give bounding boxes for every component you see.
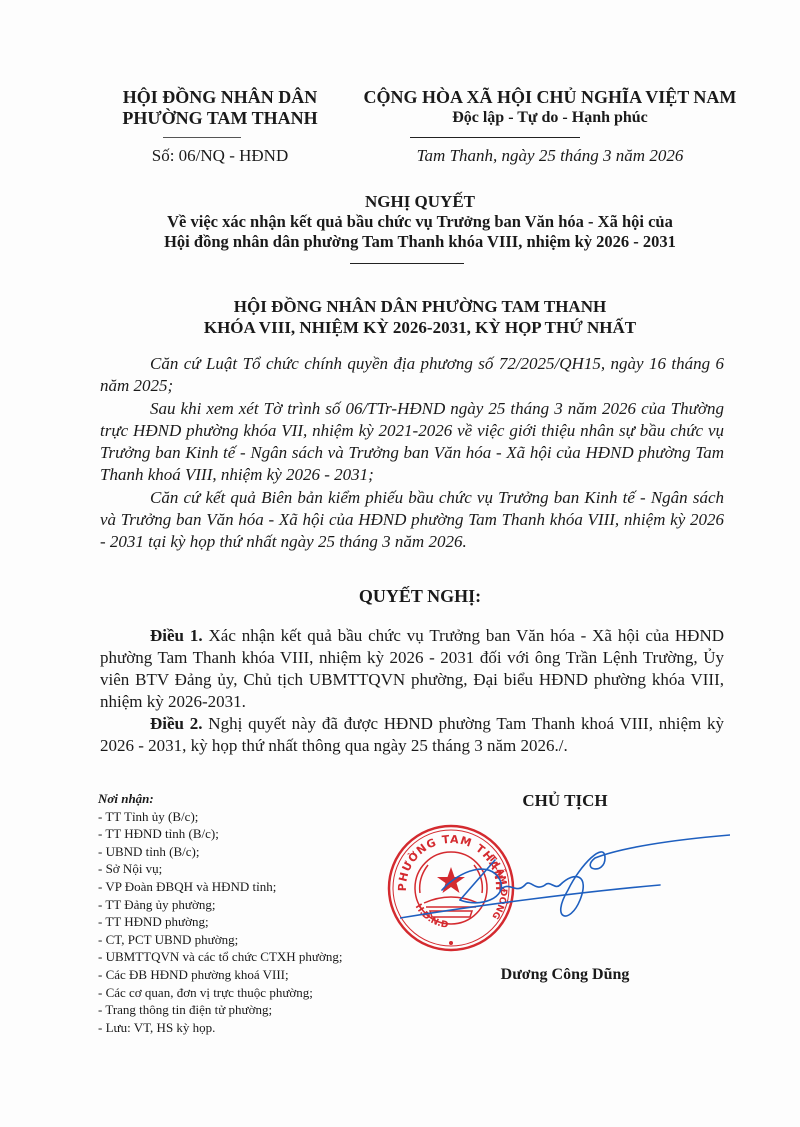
document-type: NGHỊ QUYẾT: [90, 192, 750, 212]
decision-heading: QUYẾT NGHỊ:: [90, 585, 750, 607]
article-1: Điều 1. Xác nhận kết quả bầu chức vụ Trư…: [100, 625, 724, 713]
title-underline: [350, 263, 464, 264]
recipient-item: - TT HĐND tỉnh (B/c);: [98, 825, 398, 843]
recipient-item: - UBND tỉnh (B/c);: [98, 843, 398, 861]
recipient-item: - TT Tỉnh ủy (B/c);: [98, 808, 398, 826]
recipient-item: - Sở Nội vụ;: [98, 860, 398, 878]
recipients-list: Nơi nhận: - TT Tỉnh ủy (B/c); - TT HĐND …: [98, 790, 398, 1036]
signer-name: Dương Công Dũng: [440, 965, 690, 985]
legal-basis-1: Căn cứ Luật Tổ chức chính quyền địa phươ…: [100, 353, 724, 397]
article-1-label: Điều 1.: [150, 626, 203, 645]
recipient-item: - Lưu: VT, HS kỳ họp.: [98, 1019, 398, 1037]
article-2-label: Điều 2.: [150, 714, 203, 733]
recipient-item: - Trang thông tin điện tử phường;: [98, 1001, 398, 1019]
recipient-item: - TT Đảng ủy phường;: [98, 896, 398, 914]
council-line2: KHÓA VIII, NHIỆM KỲ 2026-2031, KỲ HỌP TH…: [90, 317, 750, 338]
document-number: Số: 06/NQ - HĐND: [100, 146, 340, 166]
subject-line1: Về việc xác nhận kết quả bầu chức vụ Trư…: [90, 212, 750, 232]
council-line1: HỘI ĐỒNG NHÂN DÂN PHƯỜNG TAM THANH: [90, 296, 750, 317]
issuer-underline: [163, 137, 241, 138]
issuer-line2: PHƯỜNG TAM THANH: [100, 108, 340, 129]
signer-title: CHỦ TỊCH: [440, 790, 690, 812]
legal-basis-2: Sau khi xem xét Tờ trình số 06/TTr-HĐND …: [100, 398, 724, 486]
national-title: CỘNG HÒA XÃ HỘI CHỦ NGHĨA VIỆT NAM: [350, 87, 750, 108]
place-date: Tam Thanh, ngày 25 tháng 3 năm 2026: [350, 146, 750, 166]
issuer-block: HỘI ĐỒNG NHÂN DÂN PHƯỜNG TAM THANH: [100, 87, 340, 129]
subject-line2: Hội đồng nhân dân phường Tam Thanh khóa …: [90, 232, 750, 252]
recipient-item: - Các cơ quan, đơn vị trực thuộc phường;: [98, 984, 398, 1002]
handwritten-signature-icon: [400, 830, 730, 950]
article-2: Điều 2. Nghị quyết này đã được HĐND phườ…: [100, 713, 724, 757]
national-motto: Độc lập - Tự do - Hạnh phúc: [350, 108, 750, 128]
recipient-item: - CT, PCT UBND phường;: [98, 931, 398, 949]
issuer-line1: HỘI ĐỒNG NHÂN DÂN: [100, 87, 340, 108]
recipient-item: - UBMTTQVN và các tổ chức CTXH phường;: [98, 948, 398, 966]
recipient-item: - TT HĐND phường;: [98, 913, 398, 931]
motto-underline: [410, 137, 580, 138]
recipients-label: Nơi nhận:: [98, 790, 398, 808]
recipient-item: - Các ĐB HĐND phường khoá VIII;: [98, 966, 398, 984]
legal-basis-3: Căn cứ kết quả Biên bản kiểm phiếu bầu c…: [100, 487, 724, 553]
recipient-item: - VP Đoàn ĐBQH và HĐND tỉnh;: [98, 878, 398, 896]
